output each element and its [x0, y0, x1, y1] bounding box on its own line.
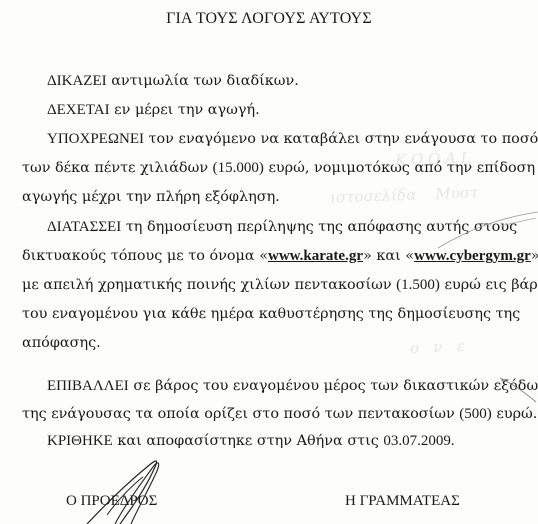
paragraph-text: τον εναγόμενο να καταβάλει στην ενάγουσα… — [144, 131, 538, 147]
bleed-through-text: ιστοσελίδα Μυστ — [330, 183, 479, 206]
paragraph-line: των δέκα πέντε χιλιάδων (15.000) ευρώ, ν… — [22, 160, 516, 177]
paragraph-text: των δέκα πέντε χιλιάδων — [22, 160, 213, 176]
paragraph-text: αγωγής μέχρι την πλήρη εξόφληση. — [22, 189, 280, 205]
paragraph-text: της ενάγουσας τα οποία ορίζει στο ποσό τ… — [22, 406, 459, 422]
operative-verb: ΔΙΚΑΖΕΙ — [47, 73, 107, 89]
paragraph-line: της ενάγουσας τα οποία ορίζει στο ποσό τ… — [22, 406, 537, 423]
handwritten-signature — [85, 455, 195, 524]
paragraph-dikazei: ΔΙΚΑΖΕΙ αντιμωλία των διαδίκων. — [47, 73, 299, 90]
paragraph-text: με απειλή χρηματικής ποινής χιλίων πεντα… — [22, 277, 396, 293]
paragraph-dechetai: ΔΕΧΕΤΑΙ εν μέρει την αγωγή. — [47, 102, 260, 119]
paragraph-line: του εναγομένου για κάθε ημέρα καθυστέρησ… — [22, 306, 516, 322]
amount: (1.500) — [396, 277, 440, 293]
paragraph-text: του εναγομένου για κάθε ημέρα καθυστέρησ… — [22, 306, 520, 322]
paragraph-line: ΥΠΟΧΡΕΩΝΕΙ τον εναγόμενο να καταβάλει στ… — [47, 131, 516, 148]
amount: (500) — [459, 406, 492, 422]
scan-scratch — [438, 210, 538, 250]
bleed-through-text: ο ν ε — [410, 337, 465, 357]
operative-verb: ΚΡΙΘΗΚΕ — [47, 433, 113, 449]
paragraph-text: δικτυακούς τόπους με το όνομα « — [22, 248, 268, 264]
paragraph-text: » και « — [363, 248, 414, 264]
operative-verb: ΕΠΙΒΑΛΛΕΙ — [47, 378, 129, 394]
paragraph-text: σε βάρος του εναγομένου μέρος των δικαστ… — [129, 378, 538, 394]
operative-verb: ΥΠΟΧΡΕΩΝΕΙ — [47, 131, 144, 147]
paragraph-text: » — [531, 248, 538, 264]
scanned-page: Κ Ο Ο Α Ι ιστοσελίδα Μυστ ο ν ε ΓΙΑ ΤΟΥΣ… — [0, 0, 538, 524]
paragraph-text: εν μέρει την αγωγή. — [110, 102, 260, 118]
website-link-cybergym[interactable]: www.cybergym.gr — [414, 248, 531, 264]
paragraph-line: απόφασης. — [22, 335, 101, 351]
paragraph-line: με απειλή χρηματικής ποινής χιλίων πεντα… — [22, 277, 516, 294]
scan-scratch — [500, 218, 538, 228]
decision-date: 03.07.2009. — [383, 433, 454, 449]
paragraph-text: ευρώ εις βάρος — [440, 277, 538, 293]
website-link-karate[interactable]: www.karate.gr — [268, 248, 363, 264]
paragraph-text: ευρώ. — [492, 406, 538, 422]
paragraph-text: ευρώ, νομιμοτόκως από την επίδοση της — [264, 160, 538, 176]
paragraph-text: και αποφασίστηκε στην Αθήνα στις — [113, 433, 384, 449]
paragraph-text: απόφασης. — [22, 335, 101, 351]
paragraph-text: αντιμωλία των διαδίκων. — [107, 73, 299, 89]
amount: (15.000) — [213, 160, 264, 176]
paragraph-krithike: ΚΡΙΘΗΚΕ και αποφασίστηκε στην Αθήνα στις… — [47, 433, 455, 450]
operative-verb: ΔΙΑΤΑΣΣΕΙ — [47, 219, 121, 235]
scan-scratch — [500, 376, 538, 406]
signature-label-secretary: Η ΓΡΑΜΜΑΤΕΑΣ — [345, 493, 460, 510]
section-heading: ΓΙΑ ΤΟΥΣ ΛΟΓΟΥΣ ΑΥΤΟΥΣ — [0, 10, 538, 28]
paragraph-line: αγωγής μέχρι την πλήρη εξόφληση. — [22, 189, 280, 205]
paragraph-line: ΕΠΙΒΑΛΛΕΙ σε βάρος του εναγομένου μέρος … — [47, 378, 516, 395]
operative-verb: ΔΕΧΕΤΑΙ — [47, 102, 110, 118]
paragraph-line: δικτυακούς τόπους με το όνομα «www.karat… — [22, 248, 516, 265]
